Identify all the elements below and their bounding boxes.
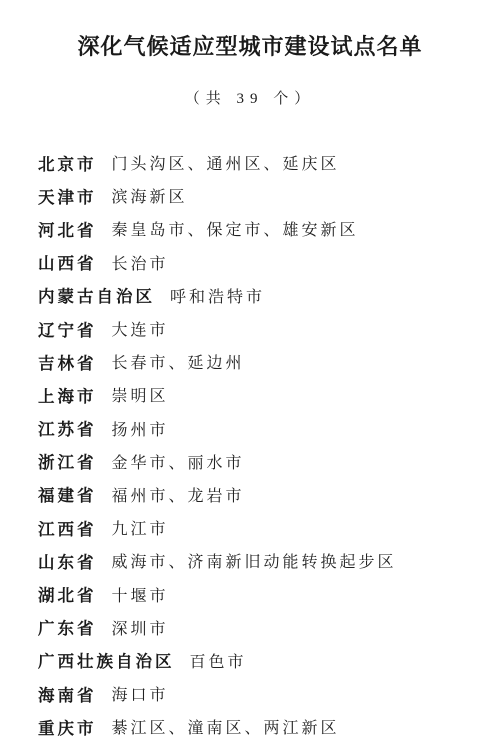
region-row: 江苏省 扬州市: [38, 412, 480, 445]
region-name: 江西省: [38, 516, 97, 540]
region-row: 广东省 深圳市: [38, 611, 480, 644]
region-row: 内蒙古自治区 呼和浩特市: [38, 279, 480, 312]
region-cities: 福州市、龙岩市: [112, 483, 245, 506]
region-name: 海南省: [38, 682, 97, 706]
document-title: 深化气候适应型城市建设试点名单: [0, 0, 500, 61]
region-row: 重庆市 綦江区、潼南区、两江新区: [38, 710, 480, 743]
region-row: 福建省 福州市、龙岩市: [38, 478, 480, 511]
region-cities: 十堰市: [112, 583, 169, 606]
region-cities: 滨海新区: [112, 184, 188, 207]
region-cities: 呼和浩特市: [170, 284, 265, 307]
region-cities: 金华市、丽水市: [112, 450, 245, 473]
region-cities: 崇明区: [112, 383, 169, 406]
region-row: 湖北省 十堰市: [38, 577, 480, 610]
region-name: 湖北省: [38, 582, 97, 606]
region-name: 广东省: [38, 615, 97, 639]
region-row: 广西壮族自治区 百色市: [38, 644, 480, 677]
region-cities: 长春市、延边州: [112, 350, 245, 373]
region-cities: 秦皇岛市、保定市、雄安新区: [112, 217, 359, 240]
region-cities: 百色市: [190, 649, 247, 672]
region-name: 河北省: [38, 217, 97, 241]
region-cities: 门头沟区、通州区、延庆区: [112, 151, 340, 174]
region-name: 浙江省: [38, 449, 97, 473]
region-row: 上海市 崇明区: [38, 378, 480, 411]
region-name: 广西壮族自治区: [38, 648, 175, 672]
region-row: 河北省 秦皇岛市、保定市、雄安新区: [38, 212, 480, 245]
region-cities: 长治市: [112, 251, 169, 274]
region-name: 重庆市: [38, 715, 97, 739]
region-row: 江西省 九江市: [38, 511, 480, 544]
region-cities: 海口市: [112, 682, 169, 705]
region-cities: 威海市、济南新旧动能转换起步区: [112, 549, 397, 572]
region-name: 山西省: [38, 250, 97, 274]
region-row: 北京市 门头沟区、通州区、延庆区: [38, 146, 480, 179]
region-cities: 扬州市: [112, 417, 169, 440]
region-list: 北京市 门头沟区、通州区、延庆区 天津市 滨海新区 河北省 秦皇岛市、保定市、雄…: [0, 146, 500, 743]
region-row: 吉林省 长春市、延边州: [38, 345, 480, 378]
document-page: 深化气候适应型城市建设试点名单 （共 39 个） 北京市 门头沟区、通州区、延庆…: [0, 0, 500, 750]
document-subtitle: （共 39 个）: [0, 87, 500, 108]
region-row: 辽宁省 大连市: [38, 312, 480, 345]
region-row: 天津市 滨海新区: [38, 179, 480, 212]
region-row: 山东省 威海市、济南新旧动能转换起步区: [38, 544, 480, 577]
region-row: 海南省 海口市: [38, 677, 480, 710]
region-name: 天津市: [38, 184, 97, 208]
region-cities: 大连市: [112, 317, 169, 340]
region-name: 辽宁省: [38, 317, 97, 341]
region-cities: 綦江区、潼南区、两江新区: [112, 715, 340, 738]
region-name: 内蒙古自治区: [38, 283, 155, 307]
region-cities: 深圳市: [112, 616, 169, 639]
region-name: 吉林省: [38, 350, 97, 374]
region-name: 北京市: [38, 151, 97, 175]
region-name: 江苏省: [38, 416, 97, 440]
region-cities: 九江市: [112, 516, 169, 539]
region-row: 浙江省 金华市、丽水市: [38, 445, 480, 478]
region-row: 山西省 长治市: [38, 246, 480, 279]
region-name: 福建省: [38, 482, 97, 506]
region-name: 上海市: [38, 383, 97, 407]
region-name: 山东省: [38, 549, 97, 573]
